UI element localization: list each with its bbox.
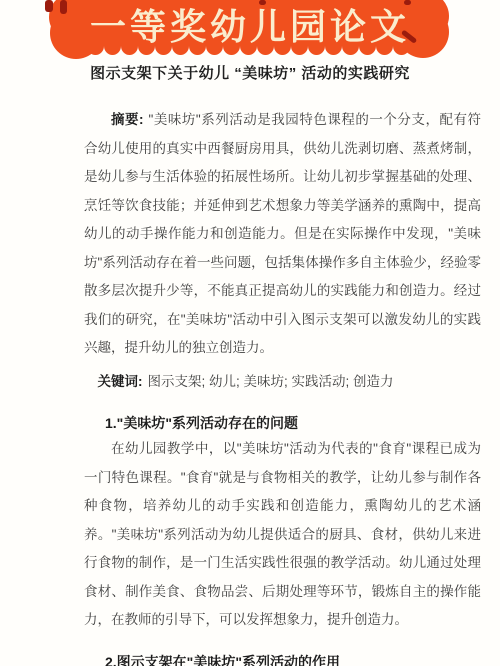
keywords-text: 图示支架; 幼儿; 美味坊; 实践活动; 创造力 <box>148 374 394 389</box>
banner-title: 一等奖幼儿园论文 <box>0 4 500 50</box>
keywords-label: 关键词: <box>98 374 148 389</box>
abstract-paragraph: 摘要:"美味坊"系列活动是我园特色课程的一个分支，配有符合幼儿使用的真实中西餐厨… <box>84 106 481 363</box>
section-1-paragraph: 在幼儿园教学中，以"美味坊"活动为代表的"食育"课程已成为一门特色课程。"食育"… <box>84 435 481 635</box>
abstract-text: "美味坊"系列活动是我园特色课程的一个分支，配有符合幼儿使用的真实中西餐厨房用具… <box>84 112 481 355</box>
banner: 一等奖幼儿园论文 <box>0 0 500 60</box>
keywords-line: 关键词:图示支架; 幼儿; 美味坊; 实践活动; 创造力 <box>84 368 481 397</box>
page: 一等奖幼儿园论文 图示支架下关于幼儿 “美味坊” 活动的实践研究 摘要:"美味坊… <box>0 0 500 666</box>
section-2-heading: 2.图示支架在"美味坊"系列活动的作用 <box>84 651 481 666</box>
paper-title: 图示支架下关于幼儿 “美味坊” 活动的实践研究 <box>0 65 500 83</box>
section-1-heading: 1."美味坊"系列活动存在的问题 <box>84 412 481 434</box>
paper-body: 摘要:"美味坊"系列活动是我园特色课程的一个分支，配有符合幼儿使用的真实中西餐厨… <box>84 106 481 666</box>
abstract-label: 摘要: <box>111 112 149 127</box>
